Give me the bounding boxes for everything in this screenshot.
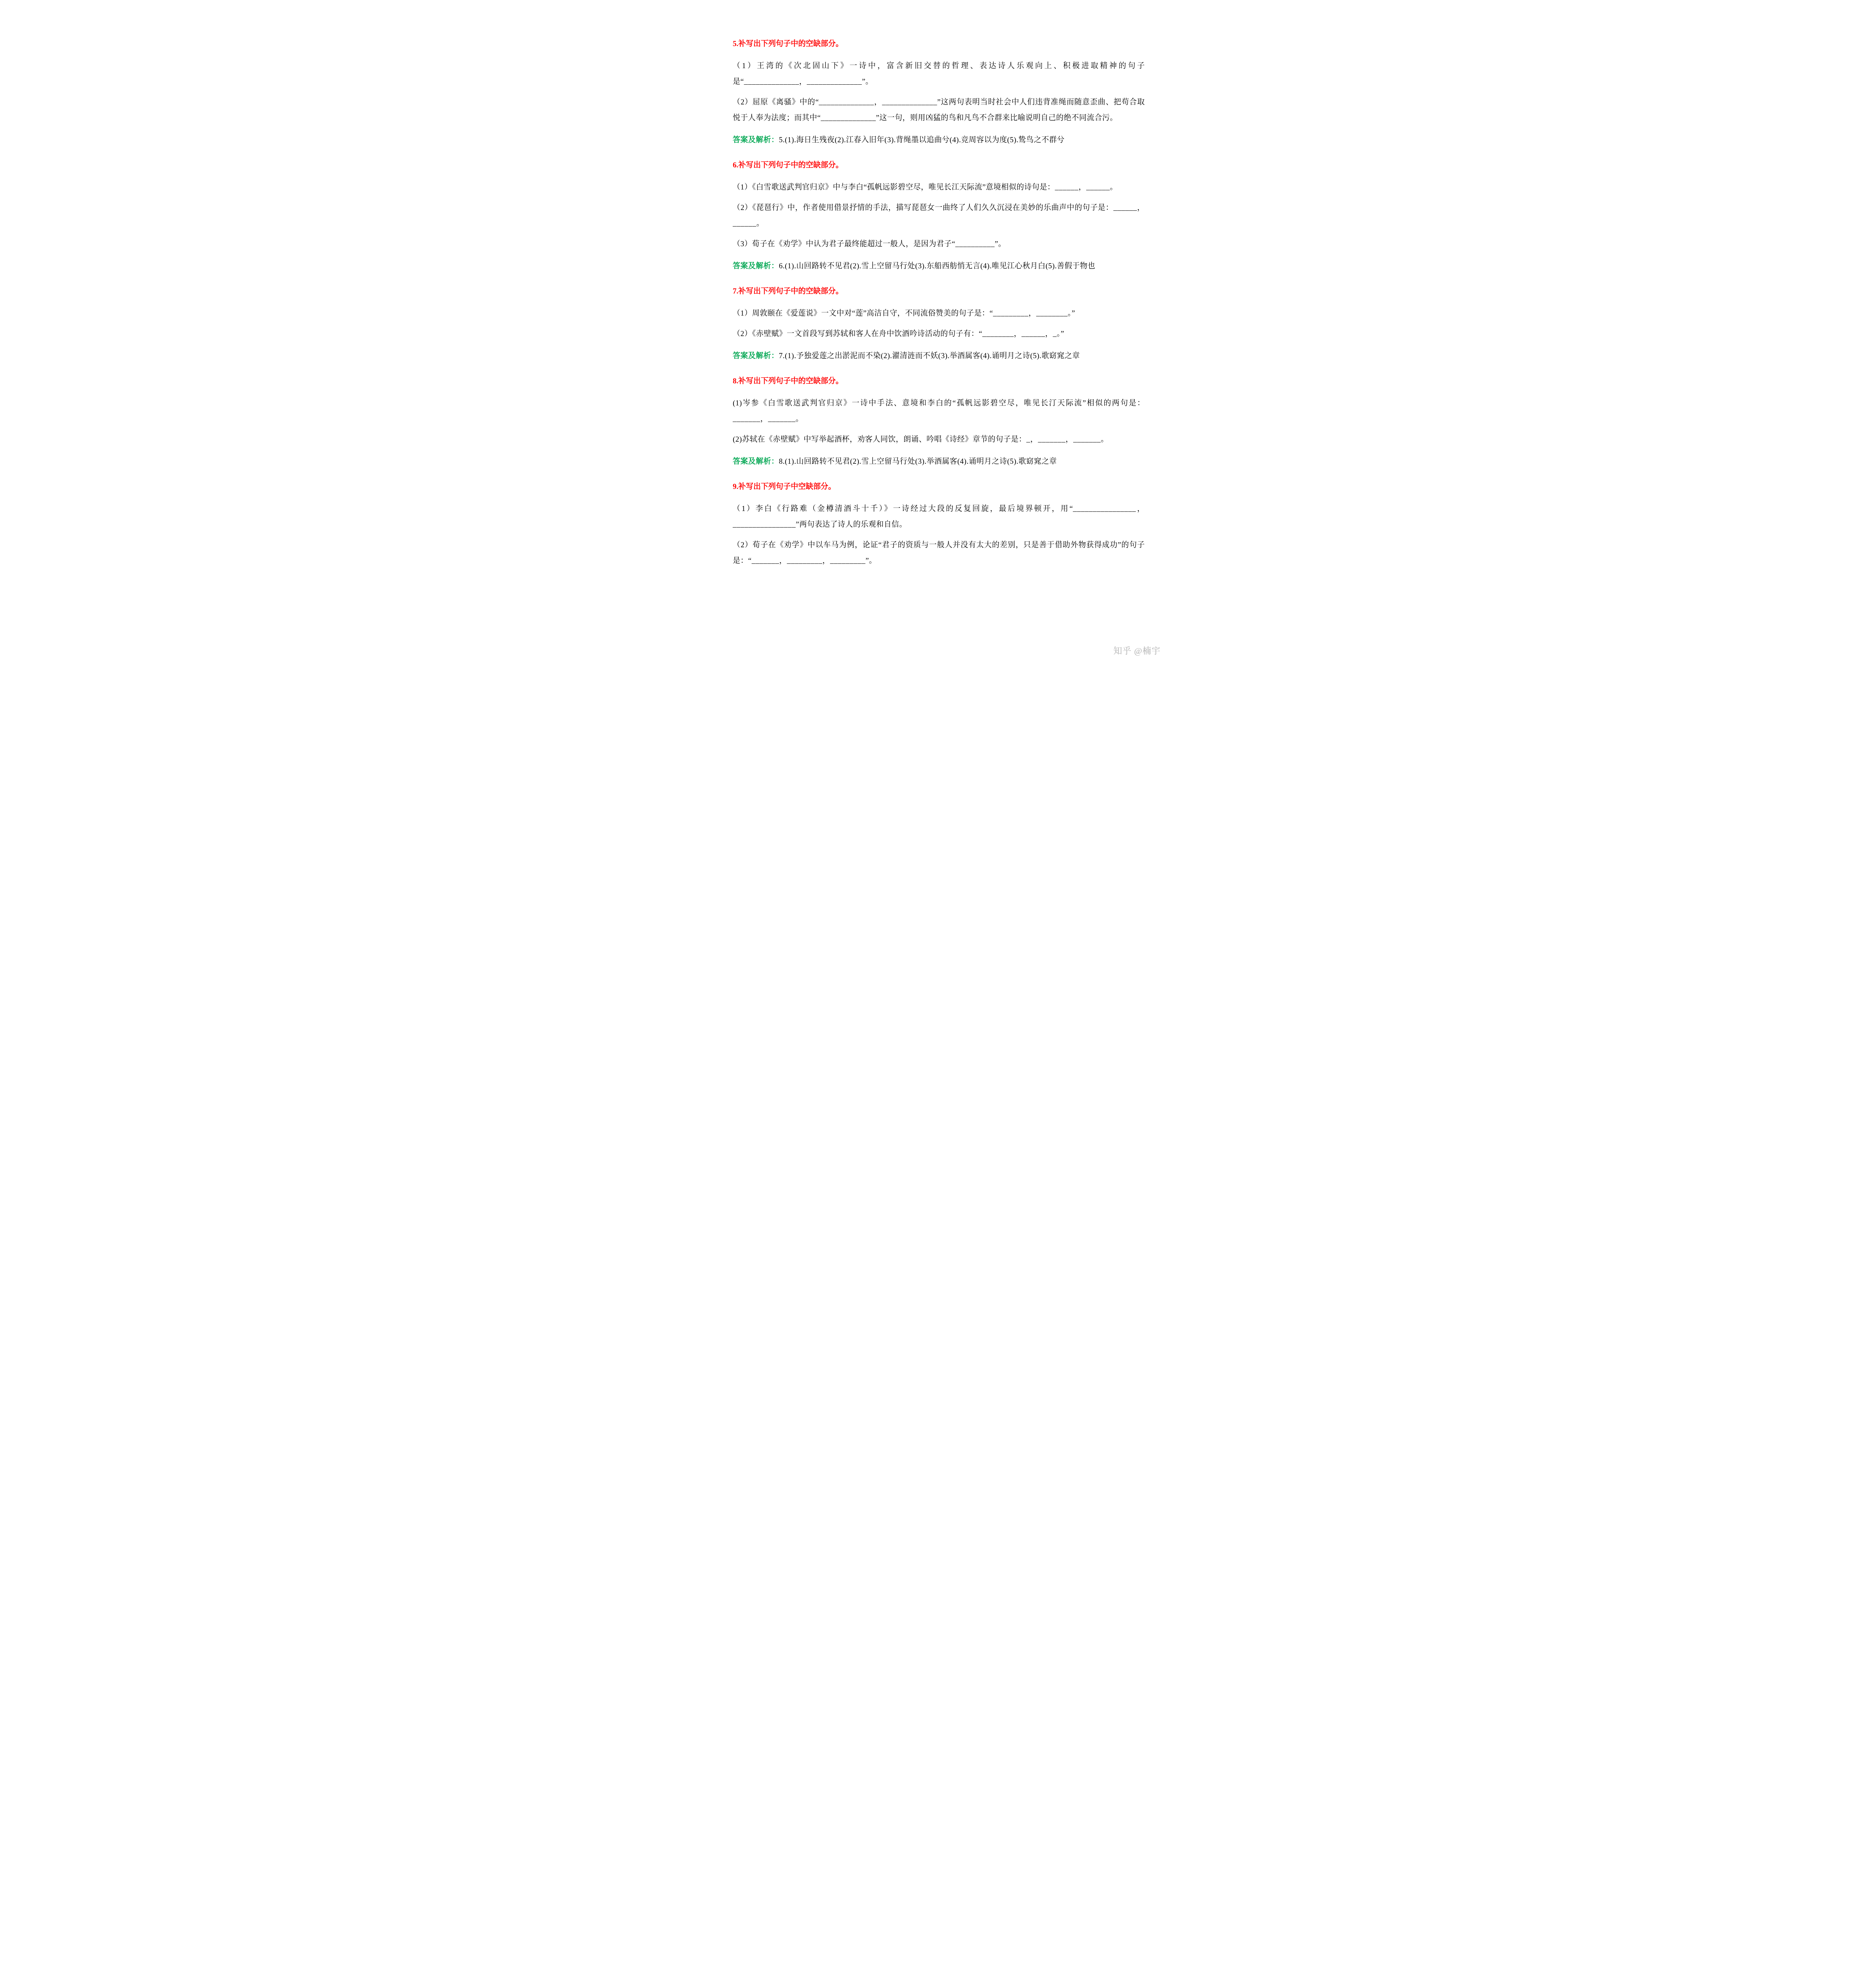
section-7-question-1: （1）周敦颐在《爱莲说》一文中对“莲”高洁自守，不同流俗赞美的句子是：“____… bbox=[733, 306, 1145, 322]
section-5-question-2: （2）屈原《离骚》中的“______________，_____________… bbox=[733, 95, 1145, 126]
section-8-heading: 8.补写出下列句子中的空缺部分。 bbox=[733, 374, 1145, 389]
section-9: 9.补写出下列句子中空缺部分。 （1）李白《行路难（金樽清酒斗十千）》一诗经过大… bbox=[733, 479, 1145, 569]
section-8-answer: 答案及解析：8.(1).山回路转不见君(2).雪上空留马行处(3).举酒属客(4… bbox=[733, 454, 1145, 470]
section-5-heading: 5.补写出下列句子中的空缺部分。 bbox=[733, 36, 1145, 52]
section-7: 7.补写出下列句子中的空缺部分。 （1）周敦颐在《爱莲说》一文中对“莲”高洁自守… bbox=[733, 284, 1145, 364]
document-page: 5.补写出下列句子中的空缺部分。 （1）王湾的《次北固山下》一诗中，富含新旧交替… bbox=[704, 0, 1172, 663]
section-7-question-2: （2）《赤壁赋》一文首段写到苏轼和客人在舟中饮酒吟诗活动的句子有：“______… bbox=[733, 326, 1145, 342]
section-6-question-3: （3）荀子在《劝学》中认为君子最终能超过一般人，是因为君子“__________… bbox=[733, 236, 1145, 252]
section-8-question-2: (2)苏轼在《赤壁赋》中写举起酒杯，劝客人同饮，朗诵、吟唱《诗经》章节的句子是：… bbox=[733, 432, 1145, 448]
section-8-question-1: (1)岑参《白雪歌送武判官归京》一诗中手法、意境和李白的“孤帆远影碧空尽，唯见长… bbox=[733, 396, 1145, 427]
answer-label: 答案及解析： bbox=[733, 262, 779, 270]
section-9-heading: 9.补写出下列句子中空缺部分。 bbox=[733, 479, 1145, 495]
section-6-answer: 答案及解析：6.(1).山回路转不见君(2).雪上空留马行处(3).东船西舫悄无… bbox=[733, 258, 1145, 274]
section-5: 5.补写出下列句子中的空缺部分。 （1）王湾的《次北固山下》一诗中，富含新旧交替… bbox=[733, 36, 1145, 148]
zhihu-watermark: 知乎 @楠宇 bbox=[1113, 644, 1161, 656]
section-7-heading: 7.补写出下列句子中的空缺部分。 bbox=[733, 284, 1145, 299]
section-5-answer: 答案及解析：5.(1).海日生残夜(2).江春入旧年(3).背绳墨以追曲兮(4)… bbox=[733, 132, 1145, 148]
answer-text: 5.(1).海日生残夜(2).江春入旧年(3).背绳墨以追曲兮(4).竞周容以为… bbox=[779, 136, 1064, 144]
answer-label: 答案及解析： bbox=[733, 136, 779, 144]
answer-text: 6.(1).山回路转不见君(2).雪上空留马行处(3).东船西舫悄无言(4).唯… bbox=[779, 262, 1095, 270]
section-5-question-1: （1）王湾的《次北固山下》一诗中，富含新旧交替的哲理、表达诗人乐观向上、积极进取… bbox=[733, 58, 1145, 90]
answer-label: 答案及解析： bbox=[733, 352, 779, 360]
section-6-question-1: （1）《白雪歌送武判官归京》中与李白“孤帆远影碧空尽，唯见长江天际流”意境相似的… bbox=[733, 180, 1145, 195]
answer-text: 7.(1).予独爱莲之出淤泥而不染(2).濯清涟而不妖(3).举酒属客(4).诵… bbox=[779, 352, 1080, 360]
section-8: 8.补写出下列句子中的空缺部分。 (1)岑参《白雪歌送武判官归京》一诗中手法、意… bbox=[733, 374, 1145, 470]
section-6-question-2: （2）《琵琶行》中，作者使用借景抒情的手法，描写琵琶女一曲终了人们久久沉浸在美妙… bbox=[733, 200, 1145, 232]
section-7-answer: 答案及解析：7.(1).予独爱莲之出淤泥而不染(2).濯清涟而不妖(3).举酒属… bbox=[733, 348, 1145, 364]
answer-label: 答案及解析： bbox=[733, 457, 779, 466]
section-9-question-1: （1）李白《行路难（金樽清酒斗十千）》一诗经过大段的反复回旋，最后境界顿开，用“… bbox=[733, 501, 1145, 533]
section-6-heading: 6.补写出下列句子中的空缺部分。 bbox=[733, 158, 1145, 173]
section-9-question-2: （2）荀子在《劝学》中以车马为例，论证“君子的资质与一般人并没有太大的差别，只是… bbox=[733, 537, 1145, 569]
answer-text: 8.(1).山回路转不见君(2).雪上空留马行处(3).举酒属客(4).诵明月之… bbox=[779, 457, 1057, 466]
section-6: 6.补写出下列句子中的空缺部分。 （1）《白雪歌送武判官归京》中与李白“孤帆远影… bbox=[733, 158, 1145, 274]
